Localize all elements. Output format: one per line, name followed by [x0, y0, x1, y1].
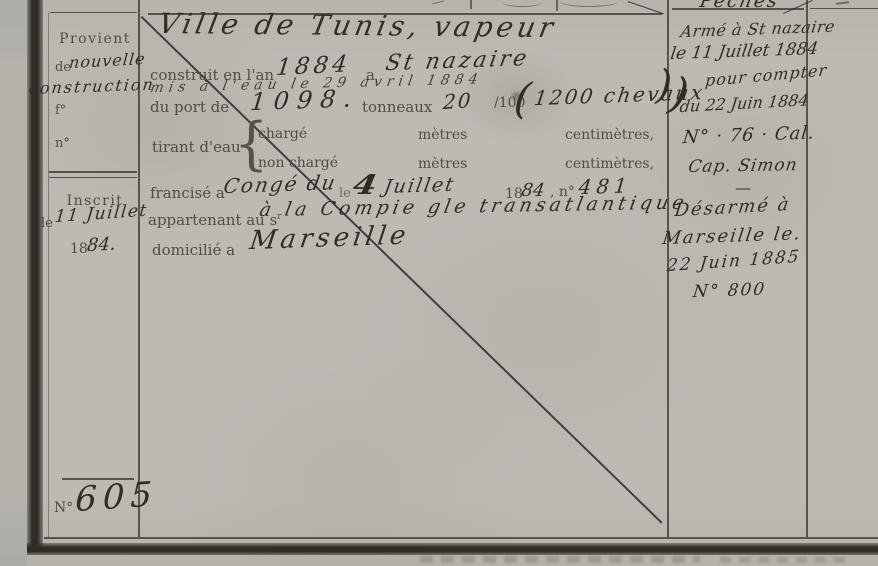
ship-registry-scan: Provient de nouvelle construction f° n° … — [0, 0, 878, 566]
inscrit-year-printed: 18 — [70, 241, 88, 257]
right-note-line-3: pour compter — [704, 60, 828, 90]
right-note-dash: — — [735, 178, 751, 197]
provient-label: Provient — [58, 31, 132, 47]
origin-handwritten-line2: construction — [28, 75, 156, 98]
numero-label: n° — [55, 136, 70, 151]
metres-label-2: mètres — [418, 156, 467, 172]
right-note-line-6: Cap. Simon — [687, 155, 799, 177]
inscrit-year-handwritten: 84. — [86, 234, 116, 257]
centimetres-label-2: centimètres, — [565, 156, 654, 172]
francise-month-handwritten: Juillet — [382, 174, 457, 199]
registry-number-label: N° — [54, 500, 73, 516]
cutoff-fragment-squiggle-1 — [502, 0, 542, 7]
port-label: du port de — [150, 98, 229, 116]
origin-handwritten-line1: nouvelle — [68, 49, 146, 72]
right-top-fragment-handwritten: Pêches — [698, 0, 781, 12]
right-note-line-5: N° · 76 · Cal. — [682, 122, 816, 148]
registry-number-value: 605 — [75, 474, 159, 520]
tonnage-handwritten: 1098. — [249, 84, 361, 116]
charge-label: chargé — [258, 126, 307, 142]
francise-label: francisé a — [150, 184, 225, 202]
cutoff-fragment-tick-1 — [432, 1, 444, 5]
right-note-line-2: le 11 Juillet 1884 — [669, 39, 819, 64]
bleed-through-text-strip-2 — [720, 557, 850, 563]
centimetres-label-1: centimètres, — [565, 127, 654, 143]
rule-leftcol-double-2 — [49, 177, 137, 178]
rule-bottom — [44, 537, 878, 539]
tonnage-fraction-handwritten: 20 — [442, 88, 473, 114]
horsepower-paren-open: ( — [512, 74, 534, 123]
tirant-label: tirant d'eau — [152, 138, 241, 156]
domicile-label: domicilié a — [152, 241, 235, 259]
folio-label: f° — [55, 103, 66, 118]
tonneaux-label: tonneaux — [362, 98, 432, 116]
diagonal-stub-top-right — [783, 0, 813, 14]
right-note-line-10: N° 800 — [692, 279, 767, 302]
ship-title: Ville de Tunis, vapeur — [156, 7, 560, 44]
right-note-line-8: Marseille le. — [661, 223, 803, 249]
le-label: le — [41, 216, 53, 231]
cutoff-fragment-tick-2 — [470, 0, 472, 9]
bleed-through-text-strip-1 — [420, 556, 700, 563]
cutoff-fragment-column-line — [556, 0, 558, 11]
rule-leftcol-double-1 — [49, 171, 137, 173]
right-note-line-9: 22 Juin 1885 — [666, 247, 802, 277]
page-outer-edge — [0, 0, 27, 566]
page-frame-bottom-band — [27, 543, 878, 555]
rule-leftcol-top — [50, 12, 137, 13]
cutoff-fragment-mark-far-right — [836, 1, 849, 5]
non-charge-label: non chargé — [258, 155, 338, 171]
domicile-handwritten: Marseille — [248, 220, 412, 256]
owner-handwritten: à la Compie gle transatlantique — [258, 192, 690, 222]
cutoff-fragment-squiggle-2 — [560, 0, 618, 7]
francise-value-handwritten: Congé du — [222, 170, 339, 198]
metres-label-1: mètres — [418, 127, 467, 143]
right-note-line-1: Armé à St nazaire — [679, 17, 836, 42]
right-note-line-7: Désarmé à — [673, 194, 791, 221]
rule-farright-top — [810, 8, 878, 9]
